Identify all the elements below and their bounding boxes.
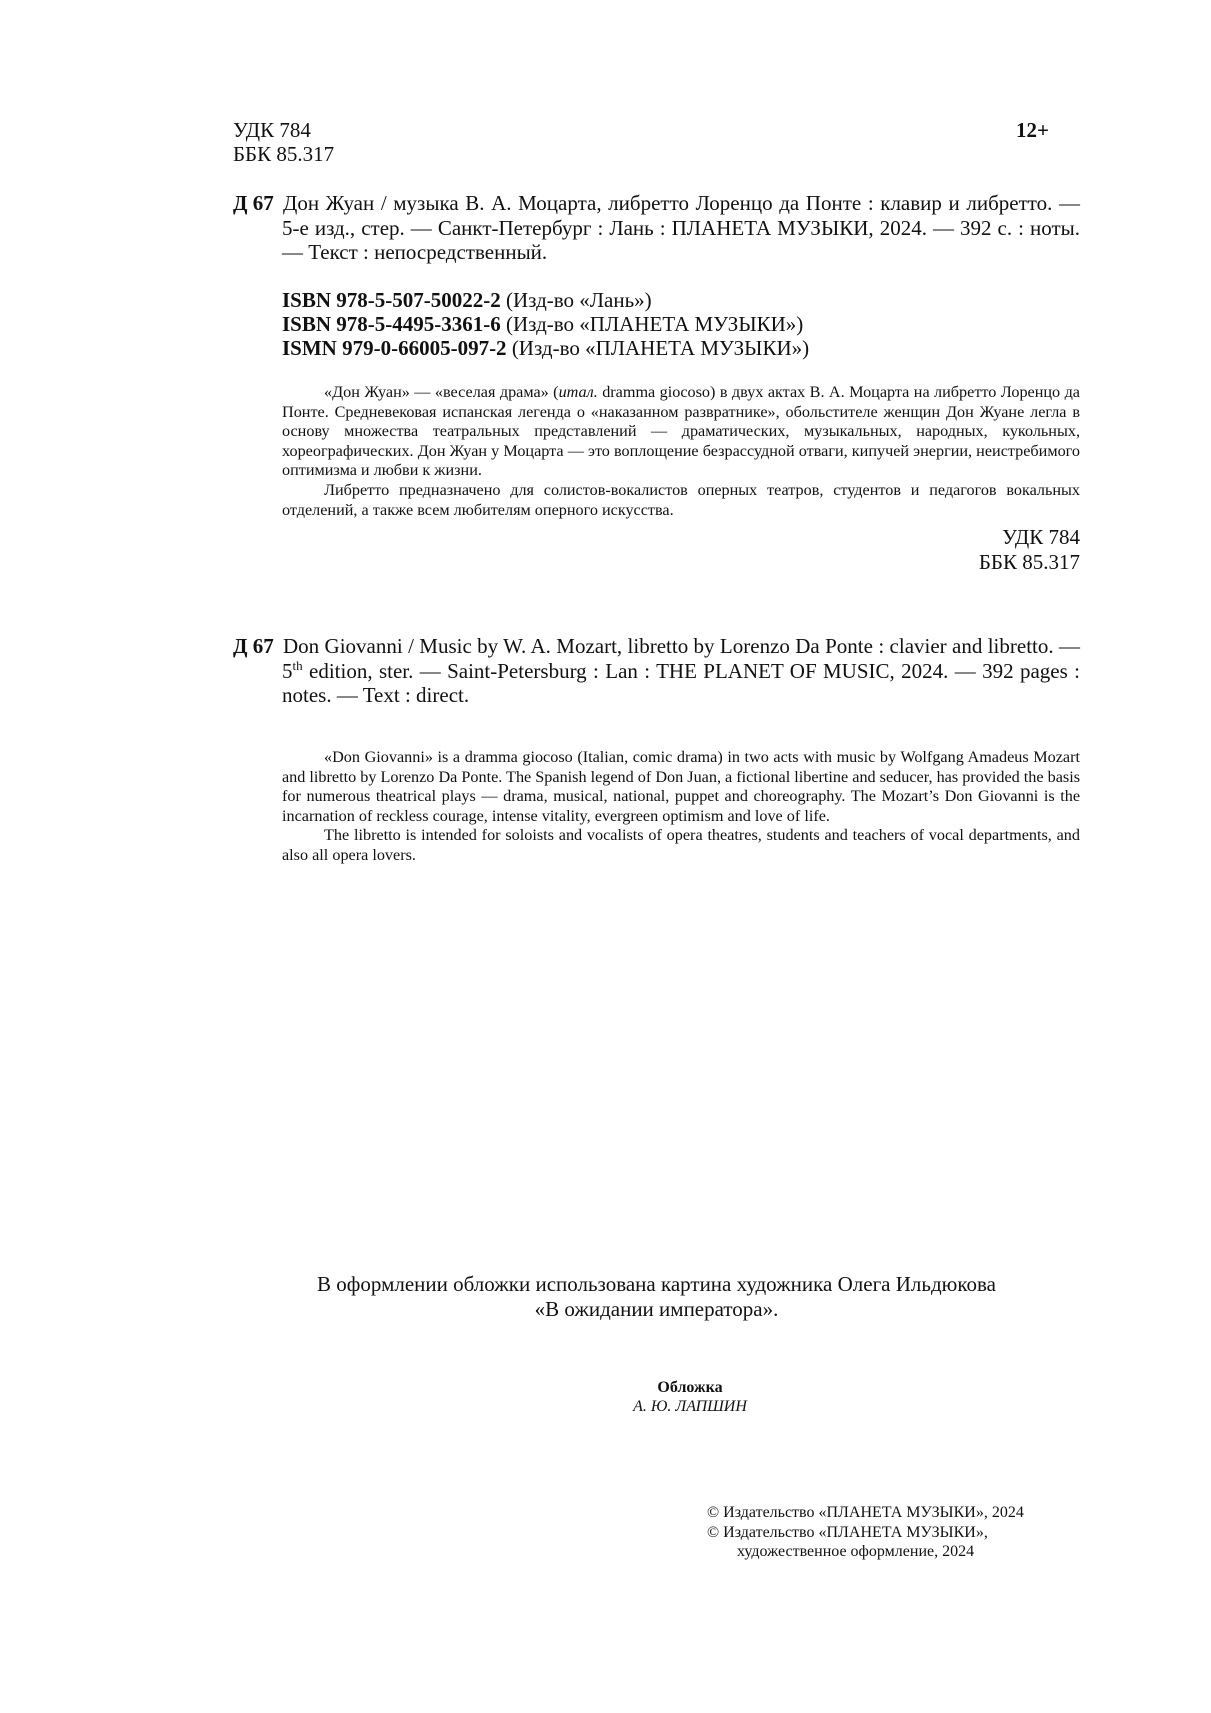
copyright-line: © Издательство «ПЛАНЕТА МУЗЫКИ», 2024 — [707, 1503, 1024, 1523]
cover-credit: Обложка А. Ю. ЛАПШИН — [560, 1378, 820, 1416]
classification-right: УДК 784 ББК 85.317 — [880, 525, 1080, 575]
abstract-italic-text: итал. — [559, 383, 598, 401]
bbk-code: ББК 85.317 — [880, 550, 1080, 575]
copyright-block: © Издательство «ПЛАНЕТА МУЗЫКИ», 2024 © … — [707, 1503, 1024, 1562]
isbn-publisher: (Изд-во «ПЛАНЕТА МУЗЫКИ») — [506, 312, 803, 336]
ismn-publisher: (Изд-во «ПЛАНЕТА МУЗЫКИ») — [512, 336, 809, 360]
bbk-code: ББК 85.317 — [233, 142, 334, 166]
cover-credit-name: А. Ю. ЛАПШИН — [560, 1397, 820, 1416]
description-text: edition, ster. — Saint-Petersburg : Lan … — [282, 659, 1080, 708]
isbn-line: ISBN 978-5-4495-3361-6 (Изд-во «ПЛАНЕТА … — [282, 312, 809, 336]
abstract-en: «Don Giovanni» is a dramma giocoso (Ital… — [282, 748, 1080, 866]
isbn-block: ISBN 978-5-507-50022-2 (Изд-во «Лань») I… — [282, 288, 809, 360]
udk-code: УДК 784 — [880, 525, 1080, 550]
cover-credit-role: Обложка — [560, 1378, 820, 1397]
ismn-number: ISMN 979-0-66005-097-2 — [282, 336, 507, 360]
classification-top: УДК 784 ББК 85.317 — [233, 118, 334, 166]
age-rating: 12+ — [1016, 118, 1049, 142]
bibliographic-description: Don Giovanni / Music by W. A. Mozart, li… — [282, 634, 1080, 708]
author-mark: Д 67 — [233, 191, 274, 216]
abstract-paragraph: Либретто предназначено для солистов-вока… — [282, 481, 1080, 520]
abstract-paragraph: «Don Giovanni» is a dramma giocoso (Ital… — [282, 748, 1080, 826]
ismn-line: ISMN 979-0-66005-097-2 (Изд-во «ПЛАНЕТА … — [282, 336, 809, 360]
abstract-ru: «Дон Жуан» — «веселая драма» (итал. dram… — [282, 383, 1080, 520]
bibliographic-entry-en: Д 67 Don Giovanni / Music by W. A. Mozar… — [233, 634, 1080, 708]
copyright-line: © Издательство «ПЛАНЕТА МУЗЫКИ», — [707, 1523, 1024, 1543]
abstract-paragraph: «Дон Жуан» — «веселая драма» (итал. dram… — [282, 383, 1080, 481]
udk-code: УДК 784 — [233, 118, 334, 142]
isbn-publisher: (Изд-во «Лань») — [506, 288, 652, 312]
cover-art-note-line: В оформлении обложки использована картин… — [233, 1272, 1080, 1297]
ordinal-suffix: th — [293, 658, 303, 673]
author-mark: Д 67 — [233, 634, 274, 659]
copyright-line: художественное оформление, 2024 — [707, 1542, 1024, 1562]
bibliographic-description: Дон Жуан / музыка В. А. Моцарта, либретт… — [282, 191, 1080, 265]
abstract-paragraph: The libretto is intended for soloists an… — [282, 826, 1080, 865]
abstract-text: «Дон Жуан» — «веселая драма» ( — [324, 383, 559, 401]
cover-art-note: В оформлении обложки использована картин… — [233, 1272, 1080, 1322]
cover-art-note-line: «В ожидании императора». — [233, 1297, 1080, 1322]
isbn-number: ISBN 978-5-507-50022-2 — [282, 288, 501, 312]
bibliographic-entry-ru: Д 67 Дон Жуан / музыка В. А. Моцарта, ли… — [233, 191, 1080, 265]
isbn-line: ISBN 978-5-507-50022-2 (Изд-во «Лань») — [282, 288, 809, 312]
isbn-number: ISBN 978-5-4495-3361-6 — [282, 312, 501, 336]
